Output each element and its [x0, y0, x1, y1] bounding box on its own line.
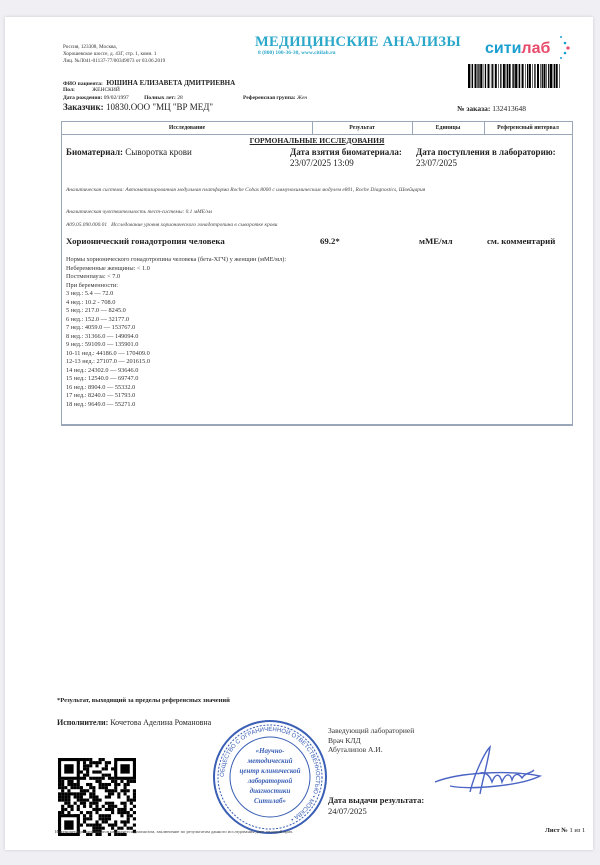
norm-line: 16 нед.: 8904.0 — 55332.0: [66, 384, 286, 393]
sex-row: Пол: ЖЕНСКИЙ: [63, 87, 120, 93]
svg-text:диагностики: диагностики: [250, 787, 291, 795]
patient-name-row: ФИО пациента: ЮШИНА ЕЛИЗАВЕТА ДМИТРИЕВНА: [63, 79, 235, 87]
dob-label: Дата рождения:: [63, 95, 102, 101]
date-received-value: 23/07/2025: [416, 158, 457, 168]
lab-head-title: Заведующий лабораторией: [328, 726, 414, 736]
norm-line: 17 нед.: 8240.0 — 51793.0: [66, 392, 286, 401]
signature-icon: [430, 742, 550, 802]
issue-date-value: 24/07/2025: [328, 806, 367, 816]
lab-address: Россия, 123308, Москва, Хорошевское шосс…: [63, 44, 165, 65]
sex-label: Пол:: [63, 87, 75, 93]
license-line: Лиц. №Л041-01137-77/00349073 от 03.06.20…: [63, 58, 165, 65]
dob-value: 09/02/1997: [104, 95, 129, 101]
address-line: Россия, 123308, Москва,: [63, 44, 165, 51]
brand-title: МЕДИЦИНСКИЕ АНАЛИЗЫ: [255, 34, 461, 51]
result-units: мМЕ/мл: [419, 236, 453, 246]
norm-line: 15 нед.: 12540.0 — 69747.0: [66, 375, 286, 384]
refgroup-row: Референсная группа: Жен: [243, 95, 307, 101]
order-label: № заказа:: [457, 104, 490, 113]
biomaterial-value: Сыворотка крови: [125, 147, 191, 157]
column-header-units: Единицы: [412, 122, 485, 135]
disclaimer: Интерпретация результатов не является ди…: [55, 829, 293, 834]
svg-text:центр клинической: центр клинической: [239, 767, 300, 775]
lab-stamp-icon: ОБЩЕСТВО С ОГРАНИЧЕННОЙ ОТВЕТСТВЕННОСТЬЮ…: [210, 717, 330, 837]
lab-head-name: Абуталипов А.И.: [328, 745, 414, 755]
svg-text:лабораторной: лабораторной: [247, 777, 293, 785]
out-of-range-footnote: *Результат, выходящий за пределы референ…: [57, 697, 230, 704]
brand-contacts: 8 (800) 100-36-30, www.citilab.ru: [258, 50, 336, 56]
date-received: Дата поступления в лабораторию: 23/07/20…: [416, 147, 556, 169]
barcode: [468, 64, 560, 88]
customer-label: Заказчик:: [63, 102, 104, 112]
column-header-test: Исследование: [62, 122, 313, 135]
test-code: A09.05.090.000.01 Исследование уровня хо…: [66, 221, 278, 229]
sensitivity: Аналитическая чувствительность тест-сист…: [66, 208, 212, 216]
logo-part2: лаб: [521, 40, 550, 57]
sheet-number: Лист № 1 из 1: [545, 827, 585, 834]
order-number: 132413648: [492, 104, 526, 113]
qr-code[interactable]: [58, 758, 136, 836]
customer-row: Заказчик: 10830.ООО "МЦ "ВР МЕД": [63, 102, 213, 112]
norm-line: Постменпауза: < 7.0: [66, 273, 286, 282]
result-test-name: Хорионический гонадотропин человека: [66, 236, 225, 246]
issue-date: Дата выдачи результата: 24/07/2025: [328, 795, 424, 817]
svg-text:«Научно-: «Научно-: [256, 747, 286, 755]
address-line: Хорошевское шоссе, д. 43Г, стр. 1, комн.…: [63, 51, 165, 58]
logo-dots-icon: [558, 34, 570, 60]
result-value: 69.2*: [320, 236, 340, 246]
norm-line: 18 нед.: 9649.0 — 55271.0: [66, 401, 286, 410]
norm-line: Небеременные женщины: < 1.0: [66, 265, 286, 274]
logo-part1: сити: [485, 40, 521, 57]
sex-value: ЖЕНСКИЙ: [92, 87, 120, 93]
norm-line: 12-13 нед.: 27107.0 — 201615.0: [66, 358, 286, 367]
date-received-label: Дата поступления в лабораторию:: [416, 147, 556, 157]
norm-line: Нормы хорионического гонадотропина челов…: [66, 256, 286, 265]
sheet-value: 1 из 1: [569, 827, 585, 834]
dob-row: Дата рождения: 09/02/1997 Полных лет: 28: [63, 95, 183, 101]
norm-line: 10-11 нед.: 44186.0 — 170409.0: [66, 350, 286, 359]
age-value: 28: [177, 95, 183, 101]
citilab-logo: ситилаб: [485, 40, 550, 58]
patient-name: ЮШИНА ЕЛИЗАВЕТА ДМИТРИЕВНА: [106, 79, 235, 87]
lab-head: Заведующий лабораторией Врач КЛД Абутали…: [328, 726, 414, 755]
date-taken-label: Дата взятия биоматериала:: [290, 147, 402, 157]
column-header-reference: Референсный интервал: [484, 122, 572, 135]
norm-line: 9 нед.: 59109.0 — 135901.0: [66, 341, 286, 350]
lab-head-position: Врач КЛД: [328, 736, 414, 746]
refgroup-label: Референсная группа:: [243, 95, 296, 101]
biomaterial-label: Биоматериал:: [66, 147, 123, 157]
date-taken: Дата взятия биоматериала: 23/07/2025 13:…: [290, 147, 402, 169]
order-number-row: № заказа: 132413648: [457, 104, 526, 113]
analytic-system: Аналитическая система: Автоматизированна…: [66, 186, 561, 194]
customer-value: 10830.ООО "МЦ "ВР МЕД": [106, 102, 213, 112]
section-title: ГОРМОНАЛЬНЫЕ ИССЛЕДОВАНИЯ: [62, 136, 572, 145]
date-taken-value: 23/07/2025 13:09: [290, 158, 354, 168]
age-label: Полных лет:: [144, 95, 176, 101]
performer-label: Исполнители:: [57, 718, 108, 727]
performer-name: Кочетова Аделина Романовна: [110, 718, 211, 727]
issue-date-label: Дата выдачи результата:: [328, 795, 424, 805]
refgroup-value: Жен: [297, 95, 307, 101]
svg-text:Ситилаб»: Ситилаб»: [254, 797, 286, 805]
biomaterial: Биоматериал: Сыворотка крови: [66, 147, 192, 157]
result-reference: см. комментарий: [487, 236, 555, 246]
performer: Исполнители: Кочетова Аделина Романовна: [57, 717, 217, 728]
norm-line: 3 нед.: 5.4 — 72.0: [66, 290, 286, 299]
norm-line: 14 нед.: 24302.0 — 93646.0: [66, 367, 286, 376]
results-table: Исследование Результат Единицы Референсн…: [61, 121, 573, 426]
svg-text:методический: методический: [246, 757, 292, 765]
norm-line: 7 нед.: 4059.0 — 153767.0: [66, 324, 286, 333]
norm-line: 6 нед.: 152.0 — 32177.0: [66, 316, 286, 325]
sheet-label: Лист №: [545, 827, 568, 834]
norm-line: При беременности:: [66, 282, 286, 291]
reference-norms: Нормы хорионического гонадотропина челов…: [66, 256, 286, 409]
norm-line: 8 нед.: 31366.0 — 149094.0: [66, 333, 286, 342]
document-page: Россия, 123308, Москва, Хорошевское шосс…: [5, 17, 593, 850]
norm-line: 5 нед.: 217.0 — 8245.0: [66, 307, 286, 316]
column-header-result: Результат: [312, 122, 413, 135]
norm-line: 4 нед.: 10.2 - 708.0: [66, 299, 286, 308]
